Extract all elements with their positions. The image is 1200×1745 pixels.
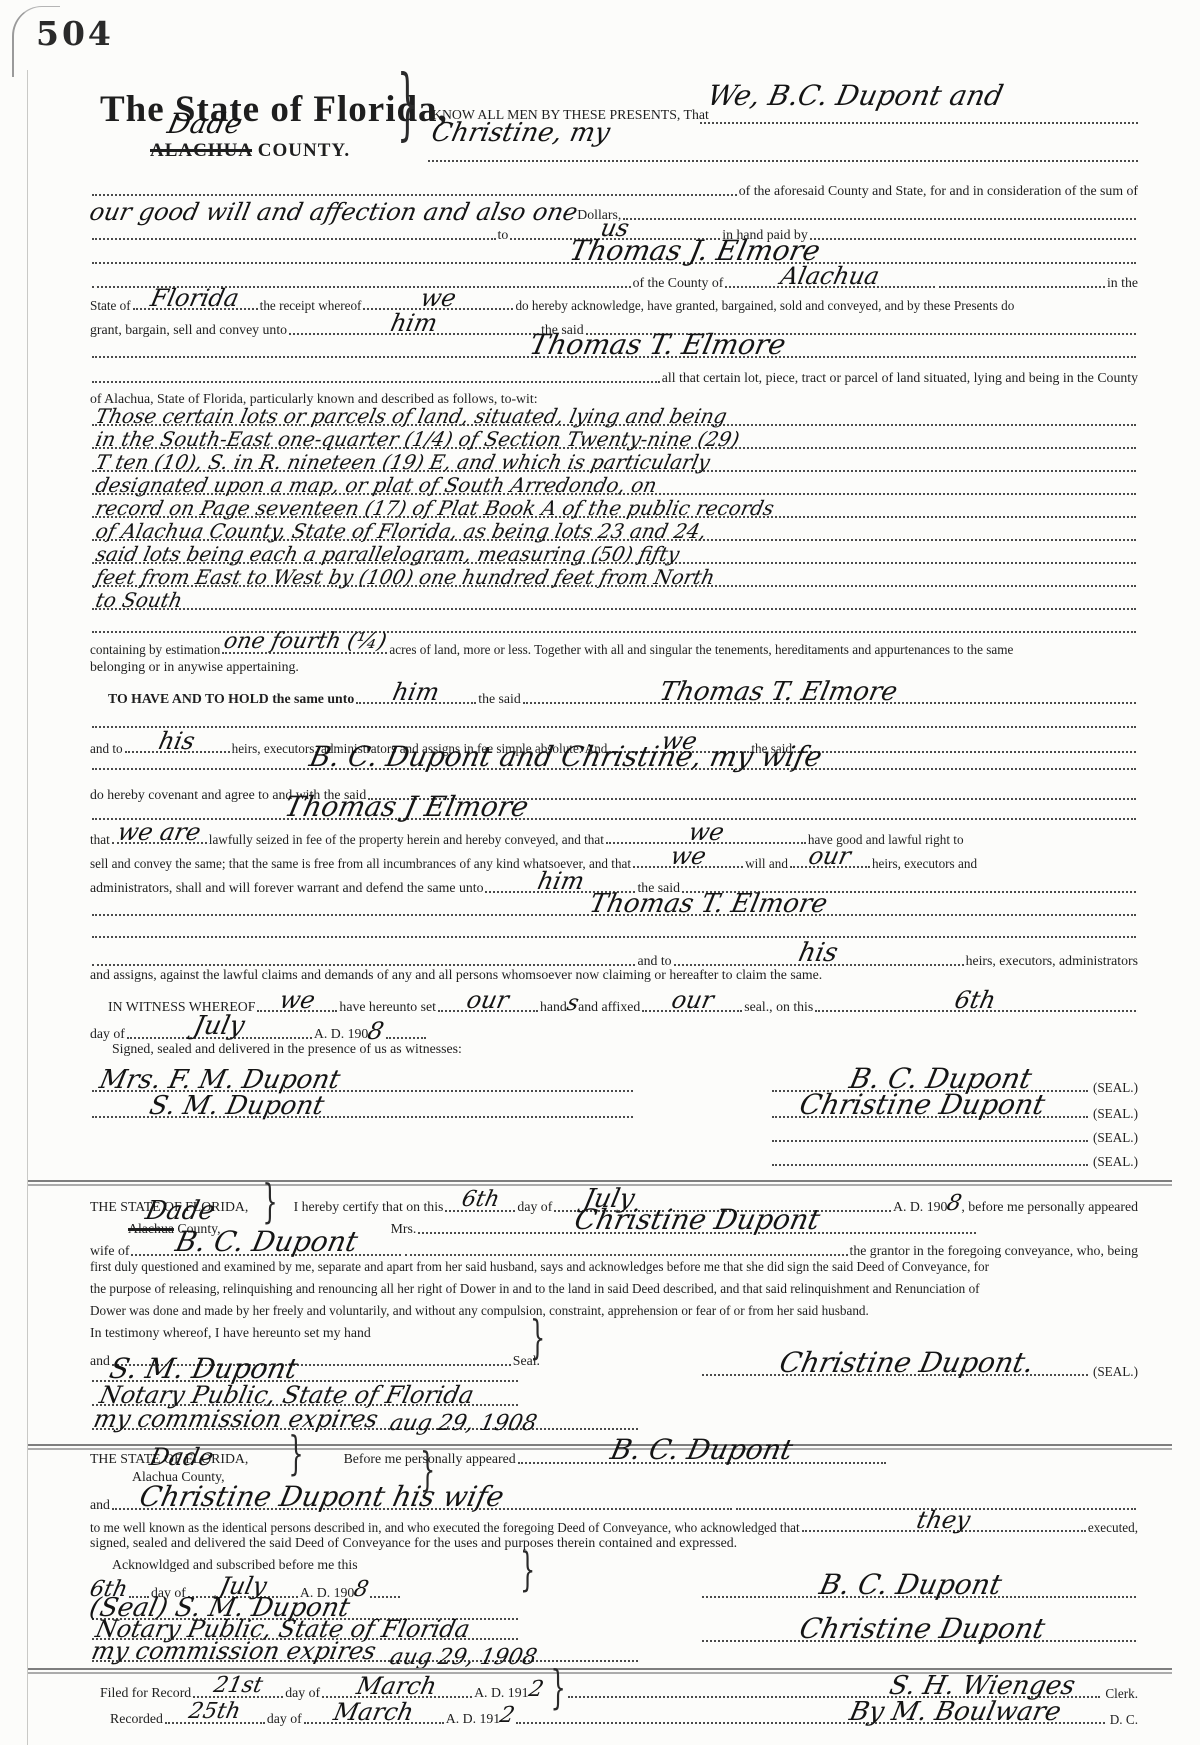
commission-handwritten: my commission expires — [90, 1641, 378, 1661]
dotted-blank: we — [363, 288, 513, 310]
ad-text: A. D. 190 — [314, 1027, 368, 1041]
dotted-fill — [92, 724, 1136, 728]
dotted-blank: we — [606, 822, 806, 844]
seal-label: (SEAL.) — [1093, 1155, 1138, 1168]
notary2-line1: to me well known as the identical person… — [90, 1508, 1138, 1534]
his-handwritten: his — [797, 942, 840, 964]
day-handwritten: 6th — [460, 1191, 501, 1210]
grantors-handwritten-1: We, B.C. Dupont and — [705, 84, 1005, 108]
blank-line — [90, 704, 1138, 730]
form-line: and to his heirs, executors, administrat… — [90, 942, 1138, 968]
signed-sealed-text: Signed, sealed and delivered in the pres… — [112, 1041, 462, 1056]
dotted-blank: Florida — [133, 288, 258, 310]
form-line: Thomas J. Elmore — [90, 240, 1138, 266]
form-line: that we are lawfully seized in fee of th… — [90, 820, 1138, 846]
header-brace: } — [398, 92, 417, 122]
clerk-signature: S. H. Wienges — [888, 1675, 1077, 1697]
dotted-blank: July — [127, 1015, 312, 1039]
day-of-text: day of — [267, 1712, 302, 1726]
grantors2-handwritten: B. C. Dupont and Christine, my wife — [307, 745, 824, 769]
dotted-blank: one fourth (¼) — [222, 633, 387, 654]
notary1-paragraph: Dower was done and made by her freely an… — [90, 1302, 1138, 1324]
description-handwritten: said lots being each a parallelogram, me… — [94, 546, 681, 563]
filed-month-handwritten: March — [355, 1676, 439, 1696]
form-line: B. C. Dupont and Christine, my wife — [90, 746, 1138, 772]
county-word: COUNTY. — [258, 140, 350, 161]
him-handwritten: him — [389, 313, 439, 333]
wife-of-text: wife of — [90, 1244, 129, 1258]
dotted-blank: our — [438, 990, 538, 1012]
grantee2-handwritten: Thomas J Elmore — [282, 795, 530, 819]
our-handwritten: our — [807, 846, 853, 866]
payer-handwritten: Thomas J. Elmore — [567, 239, 822, 263]
form-line: and assigns, against the lawful claims a… — [90, 966, 1138, 988]
grantee-handwritten: Thomas T. Elmore — [588, 893, 830, 915]
page-edge-line — [27, 70, 28, 1745]
testimony-text: In testimony whereof, I have hereunto se… — [90, 1325, 371, 1340]
july-handwritten: July — [192, 1015, 247, 1037]
recorded-year-handwritten: 2 — [498, 1707, 516, 1726]
dotted-line — [700, 120, 1138, 124]
wife-name-handwritten: Christine Dupont — [572, 1208, 821, 1232]
form-line: sell and convey the same; that the same … — [90, 844, 1138, 870]
commission-handwritten: my commission expires — [92, 1409, 380, 1429]
grantee-handwritten: Thomas T. Elmore — [527, 333, 787, 357]
form-line: Signed, sealed and delivered in the pres… — [90, 1040, 1138, 1062]
day-of-text: day of — [285, 1686, 320, 1700]
description-handwritten: T ten (10), S. in R. nineteen (19) E, an… — [94, 454, 711, 471]
page-number: 504 — [36, 14, 114, 53]
executed-text: executed, — [1088, 1521, 1138, 1534]
description-handwritten: feet from East to West by (100) one hund… — [94, 569, 716, 586]
notary-commission-line: my commission expires aug 29, 1908 — [90, 1406, 640, 1432]
commission-date-handwritten: aug 29, 1908 — [388, 1649, 538, 1668]
ad-191-text: A. D. 191 — [474, 1686, 528, 1700]
dotted-blank: B. C. Dupont — [131, 1230, 401, 1256]
grantor-text: the grantor in the foregoing conveyance,… — [850, 1244, 1139, 1258]
recorded-month-handwritten: March — [332, 1702, 416, 1722]
we-handwritten: we — [419, 288, 458, 308]
bc-dupont-signature: B. C. Dupont — [817, 1573, 1003, 1597]
him-handwritten: him — [391, 682, 441, 702]
description-handwritten: Those certain lots or parcels of land, s… — [94, 408, 728, 425]
dotted-blank: our — [642, 990, 742, 1012]
notary-signature: S. M. Dupont — [107, 1357, 299, 1381]
clerk-text: Clerk. — [1105, 1687, 1138, 1700]
form-line: Thomas J Elmore — [90, 796, 1138, 822]
seal-line: (SEAL.) — [770, 1155, 1138, 1168]
dotted-fill — [405, 1252, 847, 1256]
identical-persons-text: to me well known as the identical person… — [90, 1521, 800, 1534]
dotted-fill — [772, 1162, 1088, 1166]
form-line: day of July A. D. 190 8 — [90, 1015, 1138, 1041]
seal-row: (SEAL.) — [90, 1118, 1138, 1144]
we-handwritten: we — [686, 822, 725, 842]
containing-text: containing by estimation — [90, 643, 220, 656]
county-handwritten-2: Alachua — [779, 266, 881, 286]
we-handwritten: we — [669, 846, 708, 866]
dotted-blank: we — [633, 846, 743, 868]
notary1-line3: Dower was done and made by her freely an… — [90, 1303, 869, 1318]
year-handwritten: 8 — [366, 1021, 386, 1041]
recorded-text: Recorded — [110, 1712, 163, 1726]
dotted-blank: 21st — [193, 1677, 283, 1698]
notary1-signature-row: (SEAL.) Christine Dupont. — [700, 1352, 1138, 1378]
filed-text: Filed for Record — [100, 1686, 191, 1700]
dotted-blank: March — [322, 1676, 472, 1698]
witness1-handwritten: Mrs. F. M. Dupont — [98, 1069, 342, 1091]
acknowledged-text: Acknowldged and subscribed before me thi… — [112, 1557, 358, 1572]
dotted-blank: we are — [112, 822, 207, 844]
county-handwritten: Dade — [144, 1200, 217, 1222]
dc-text: D. C. — [1110, 1713, 1138, 1726]
dotted-line — [428, 158, 1138, 162]
belonging-text: belonging or in anywise appertaining. — [90, 659, 299, 674]
county-line: ALACHUA COUNTY. — [150, 140, 350, 162]
notary2-line2: signed, sealed and delivered the said De… — [90, 1534, 1138, 1556]
notary1-paragraph: the purpose of releasing, relinquishing … — [90, 1280, 1138, 1302]
notary2-sig2-row: Christine Dupont — [700, 1618, 1138, 1644]
acres-text: acres of land, more or less. Together wi… — [389, 643, 1013, 656]
our-handwritten: our — [465, 990, 511, 1010]
seal-label: (SEAL.) — [1093, 1365, 1138, 1378]
form-line: all that certain lot, piece, tract or pa… — [90, 359, 1138, 385]
seal-signature-2: Christine Dupont — [797, 1093, 1046, 1117]
day-of-text: day of — [90, 1027, 125, 1041]
they-handwritten: they — [915, 1510, 972, 1530]
notary2-heading-line: THE STATE OF FLORIDA, } Before me person… — [90, 1440, 1138, 1466]
description-handwritten: record on Page seventeen (17) of Plat Bo… — [94, 500, 775, 517]
we-are-handwritten: we are — [116, 822, 203, 842]
section-divider — [28, 1180, 1172, 1182]
witness2-handwritten: S. M. Dupont — [148, 1095, 326, 1117]
dotted-blank: March — [304, 1702, 444, 1724]
set-text: have hereunto set — [339, 1000, 436, 1014]
christine-signature: Christine Dupont. — [777, 1351, 1035, 1375]
notary2-commission-line: my commission expires aug 29, 1908 — [90, 1638, 640, 1664]
dotted-blank: him — [289, 313, 539, 335]
dotted-fill — [92, 379, 660, 383]
seal-text: seal — [744, 1000, 765, 1014]
deed-page: 504 The State of Florida, Dade ALACHUA C… — [0, 0, 1200, 1745]
grantors-handwritten-2: Christine, my — [430, 122, 612, 144]
dotted-blank: his — [674, 942, 964, 966]
form-line: TO HAVE AND TO HOLD the same unto him th… — [90, 680, 1138, 706]
acreage-handwritten: one fourth (¼) — [222, 633, 388, 652]
deputy-clerk-signature: By M. Boulware — [848, 1701, 1063, 1723]
ad-191-text: A. D. 191 — [446, 1712, 500, 1726]
dotted-blank: we — [257, 990, 337, 1012]
notary1-wife-line: wife of B. C. Dupont the grantor in the … — [90, 1232, 1138, 1258]
form-line: belonging or in anywise appertaining. — [90, 658, 1138, 680]
description-handwritten: in the South-East one-quarter (1/4) of S… — [94, 431, 741, 448]
notary1-line1: first duly questioned and examined by me… — [90, 1259, 989, 1274]
description-handwritten: of Alachua County, State of Florida, as … — [94, 523, 708, 540]
grantee-handwritten: Thomas T. Elmore — [658, 681, 900, 703]
assigns-claims-text: and assigns, against the lawful claims a… — [90, 967, 822, 982]
dotted-fill — [92, 934, 1136, 938]
form-line: Thomas T. Elmore — [90, 334, 1138, 360]
our-handwritten: our — [669, 990, 715, 1010]
recorded-row: Recorded 25th day of March A. D. 191 2 D… — [110, 1700, 1138, 1726]
dotted-blank — [386, 1037, 426, 1039]
sixth-handwritten: 6th — [953, 990, 998, 1010]
description-handwritten: to South — [94, 592, 184, 609]
dotted-blank: they — [802, 1510, 1086, 1532]
dotted-blank: B. C. Dupont — [518, 1438, 886, 1464]
dotted-blank: 6th — [815, 990, 1136, 1012]
christine-dupont-signature: Christine Dupont — [797, 1617, 1046, 1641]
form-title: The State of Florida, — [100, 88, 448, 131]
ack-brace: } — [520, 1558, 535, 1583]
witness-seal-row: S. M. Dupont (SEAL.) Christine Dupont — [90, 1094, 1138, 1120]
form-line: containing by estimation one fourth (¼) … — [90, 630, 1138, 656]
filed-year-handwritten: 2 — [527, 1681, 545, 1700]
notary-title-handwritten: Notary Public, State of Florida — [94, 1619, 472, 1639]
all-that-text: all that certain lot, piece, tract or pa… — [662, 371, 1138, 385]
county-handwritten: Dade — [165, 112, 244, 136]
name2-handwritten: Christine Dupont his wife — [137, 1485, 506, 1509]
description-handwritten: designated upon a map, or plat of South … — [94, 477, 658, 494]
dotted-blank: him — [356, 682, 476, 704]
county-struck: ALACHUA — [150, 140, 252, 161]
dotted-blank: our — [790, 846, 870, 868]
delivered-text: signed, sealed and delivered the said De… — [90, 1535, 737, 1550]
hand-text: hand — [540, 1000, 567, 1014]
county-handwritten: Dade — [148, 1447, 215, 1467]
commission-date-handwritten: aug 29, 1908 — [388, 1415, 538, 1434]
dotted-blank: Alachua — [725, 266, 935, 288]
form-line: of the aforesaid County and State, for a… — [90, 172, 1138, 198]
seal-row: (SEAL.) — [90, 1142, 1138, 1168]
husband-handwritten: B. C. Dupont — [173, 1230, 359, 1254]
blank-line — [90, 914, 1138, 940]
and-affixed-text: and affixed — [578, 1000, 640, 1014]
name1-handwritten: B. C. Dupont — [609, 1438, 795, 1462]
notary1-paragraph: first duly questioned and examined by me… — [90, 1258, 1138, 1280]
dotted-blank: 25th — [165, 1703, 265, 1724]
seal-label: (SEAL.) — [1093, 1081, 1138, 1094]
state-handwritten: Florida — [149, 288, 241, 308]
we-handwritten: we — [278, 990, 317, 1010]
notary2-sig1-row: B. C. Dupont — [700, 1574, 1138, 1600]
notary1-line2: the purpose of releasing, relinquishing … — [90, 1281, 980, 1296]
dotted-blank: Christine Dupont — [418, 1208, 976, 1234]
filed-day-handwritten: 21st — [212, 1677, 264, 1696]
section-divider — [28, 1668, 1172, 1670]
notary-title-handwritten: Notary Public, State of Florida — [98, 1385, 476, 1405]
recorded-day-handwritten: 25th — [187, 1703, 242, 1722]
on-this-text: ., on this — [766, 1000, 814, 1014]
him-handwritten: him — [535, 871, 585, 891]
form-line: State of Florida the receipt whereof we … — [90, 286, 1138, 312]
